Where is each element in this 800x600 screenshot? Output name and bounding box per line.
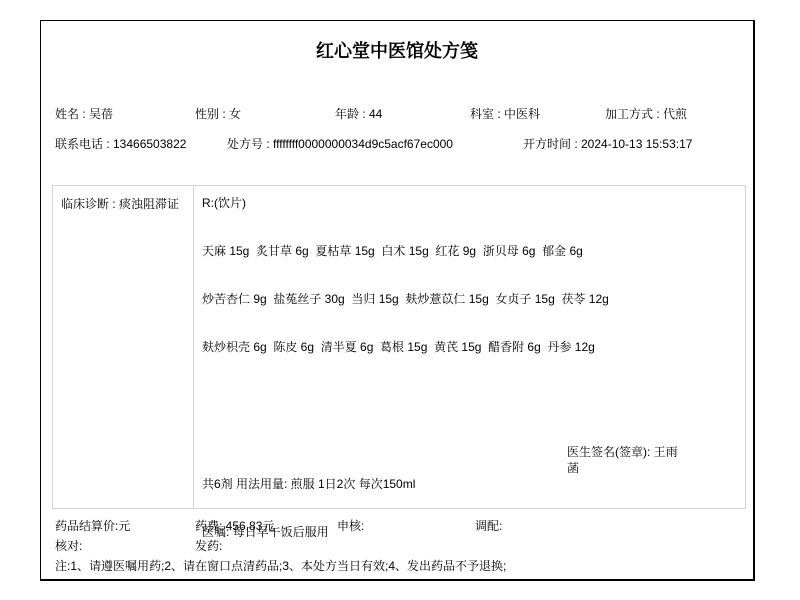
prescription-table: 临床诊断 : 痰浊阻滞证 R:(饮片) 天麻 15g 炙甘草 6g 夏枯草 15… <box>52 185 746 509</box>
patient-name: 姓名 : 吴蓓 <box>55 107 113 121</box>
rx-header: R:(饮片) <box>202 196 246 210</box>
prescription-no: 处方号 : ffffffff0000000034d9c5acf67ec000 <box>227 137 453 151</box>
page-title: 红心堂中医馆处方笺 <box>41 37 753 63</box>
patient-age: 年龄 : 44 <box>335 107 382 121</box>
settle-price: 药品结算价:元 <box>55 519 130 533</box>
dispense-field: 发药: <box>195 539 222 553</box>
footer-note: 注:1、请遵医嘱用药;2、请在窗口点清药品;3、本处方当日有效;4、发出药品不予… <box>55 559 506 573</box>
patient-gender: 性别 : 女 <box>195 107 241 121</box>
herb-line-2: 炒苦杏仁 9g 盐菟丝子 30g 当归 15g 麸炒薏苡仁 15g 女贞子 15… <box>202 292 609 306</box>
department: 科室 : 中医科 <box>470 107 540 121</box>
usage-dosage: 共6剂 用法用量: 煎服 1日2次 每次150ml <box>202 476 415 492</box>
herb-line-1: 天麻 15g 炙甘草 6g 夏枯草 15g 白术 15g 红花 9g 浙贝母 6… <box>202 244 583 258</box>
medicine-fee: 药费: 456.83元 <box>195 519 274 533</box>
review-field: 申核: <box>337 519 364 533</box>
prescription-sheet: 红心堂中医馆处方笺 姓名 : 吴蓓 性别 : 女 年龄 : 44 科室 : 中医… <box>40 20 755 581</box>
prescribe-time: 开方时间 : 2024-10-13 15:53:17 <box>523 137 692 151</box>
clinical-diagnosis: 临床诊断 : 痰浊阻滞证 <box>61 196 179 213</box>
rx-content-cell: R:(饮片) 天麻 15g 炙甘草 6g 夏枯草 15g 白术 15g 红花 9… <box>194 186 745 508</box>
check-field: 核对: <box>55 539 82 553</box>
processing-method: 加工方式 : 代煎 <box>605 107 687 121</box>
diagnosis-cell: 临床诊断 : 痰浊阻滞证 <box>53 186 194 508</box>
doctor-signature: 医生签名(签章): 王雨菡 <box>567 444 689 476</box>
usage-block: 共6剂 用法用量: 煎服 1日2次 每次150ml 医嘱: 每日早午饭后服用 <box>202 444 415 572</box>
allocate-field: 调配: <box>475 519 502 533</box>
herb-line-3: 麸炒枳壳 6g 陈皮 6g 清半夏 6g 葛根 15g 黄芪 15g 醋香附 6… <box>202 340 595 354</box>
contact-phone: 联系电话 : 13466503822 <box>55 137 186 151</box>
